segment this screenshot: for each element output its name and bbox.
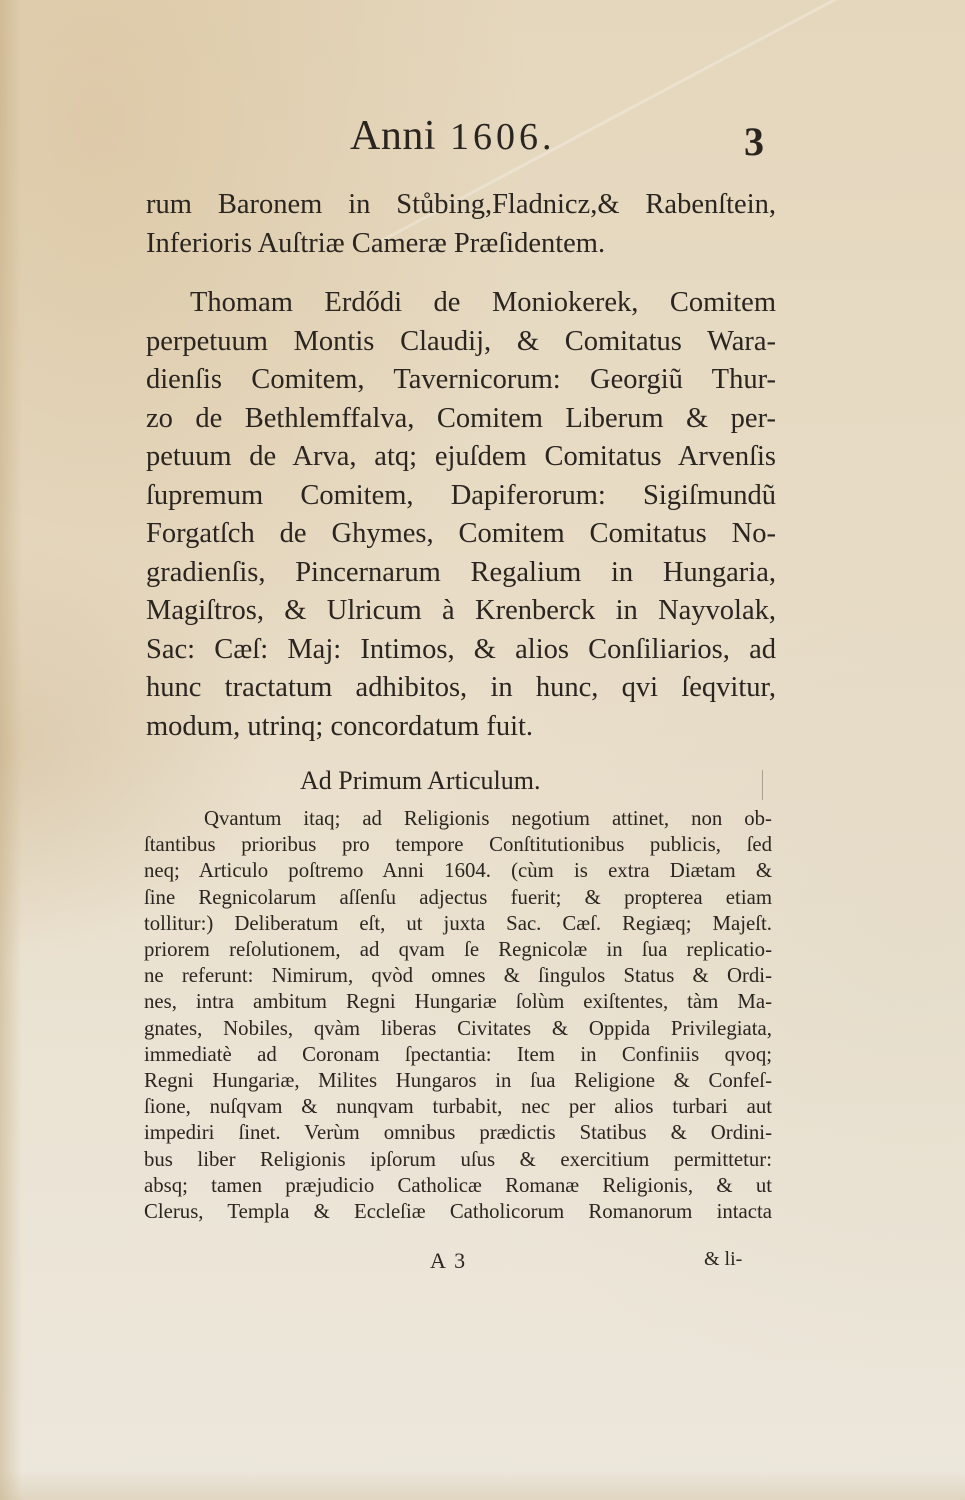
text-line: Regni Hungariæ, Milites Hungaros in ſua … [144,1068,772,1094]
text-line: impediri ſinet. Verùm omnibus prædictis … [144,1120,772,1146]
text-line: ſtantibus prioribus pro tempore Conſtitu… [144,832,772,858]
text-line: petuum de Arva, atq; ejuſdem Comitatus A… [146,438,776,477]
text-line: priorem reſolutionem, ad qvam ſe Regnico… [144,937,772,963]
text-line: ne referunt: Nimirum, qvòd omnes & ſingu… [144,963,772,989]
running-head: Anni1606. [350,112,556,160]
text-line: Forgatſch de Ghymes, Comitem Comitatus N… [146,515,776,554]
text-line: ſione, nuſqvam & nunqvam turbabit, nec p… [144,1094,772,1120]
text-line: tollitur:) Deliberatum eſt, ut juxta Sac… [144,911,772,937]
text-line: absq; tamen præjudicio Catholicæ Romanæ … [144,1173,772,1199]
page-bottom-shadow [0,1470,965,1500]
running-head-year: 1606. [450,116,556,158]
page-number: 3 [744,118,764,165]
names-paragraph: Thomam Erdődi de Moniokerek, Comitem per… [146,284,776,746]
text-line: rum Baronem in Stůbing,Fladnicz,& Rabenſ… [146,186,776,225]
text-line: hunc tractatum adhibitos, in hunc, qvi ſ… [146,669,776,708]
article-heading: Ad Primum Articulum. [300,766,541,796]
text-line: bus liber Religionis ipſorum uſus & exer… [144,1147,772,1173]
text-line: Thomam Erdődi de Moniokerek, Comitem [146,284,776,323]
text-line: ſine Regnicolarum aſſenſu adjectus fueri… [144,885,772,911]
book-page: Anni1606. 3 rum Baronem in Stůbing,Fladn… [0,0,965,1500]
text-line: Qvantum itaq; ad Religionis negotium att… [144,806,772,832]
continuation-text: rum Baronem in Stůbing,Fladnicz,& Rabenſ… [146,186,776,263]
text-line: Clerus, Templa & Eccleſiæ Catholicorum R… [144,1199,772,1225]
text-line: Sac: Cæſ: Maj: Intimos, & alios Conſilia… [146,631,776,670]
text-line: gnates, Nobiles, qvàm liberas Civitates … [144,1016,772,1042]
catchword: & li- [704,1248,742,1271]
text-line: immediatè ad Coronam ſpectantia: Item in… [144,1042,772,1068]
text-line: ſupremum Comitem, Dapiferorum: Sigiſmund… [146,477,776,516]
text-line: perpetuum Montis Claudij, & Comitatus Wa… [146,323,776,362]
page-edge-shadow [0,0,22,1500]
running-head-label: Anni [350,113,436,159]
text-line: zo de Bethlemffalva, Comitem Liberum & p… [146,400,776,439]
article-body: Qvantum itaq; ad Religionis negotium att… [144,806,772,1225]
text-line: dienſis Comitem, Tavernicorum: Georgiũ T… [146,361,776,400]
signature-mark: A 3 [430,1248,467,1274]
text-line: Inferioris Auſtriæ Cameræ Præſidentem. [146,225,776,264]
text-line: nes, intra ambitum Regni Hungariæ ſolùm … [144,989,772,1015]
text-line: Magiſtros, & Ulricum à Krenberck in Nayv… [146,592,776,631]
margin-mark [762,770,763,800]
text-line: neq; Articulo poſtremo Anni 1604. (cùm i… [144,858,772,884]
text-line: gradienſis, Pincernarum Regalium in Hung… [146,554,776,593]
text-line: modum, utrinq; concordatum fuit. [146,708,776,747]
